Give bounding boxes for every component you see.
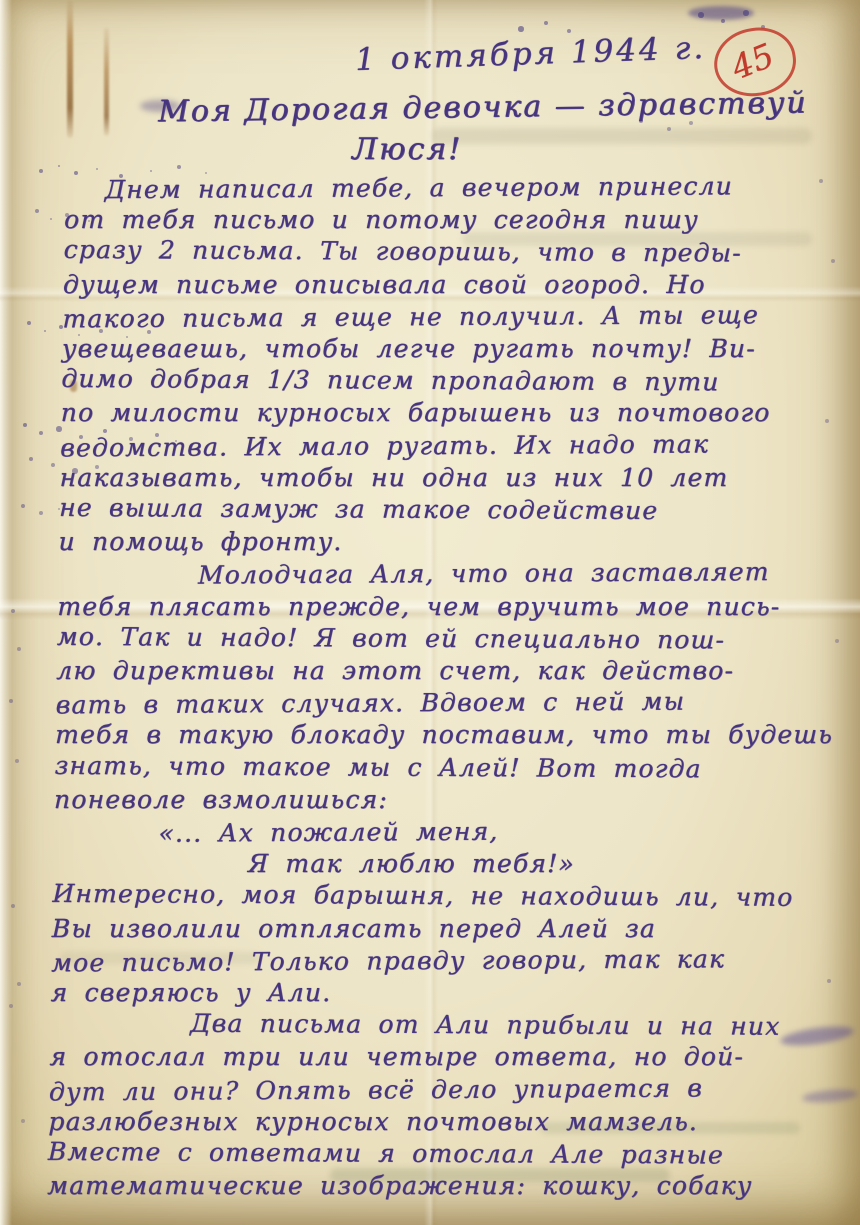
paper-edge: [0, 0, 12, 1225]
letter-line: увещеваешь, чтобы легче ругать почту! Ви…: [62, 333, 857, 365]
letter-line: Вы изволили отплясать перед Алей за: [52, 913, 847, 945]
letter-line: Днем написал тебе, а вечером принесли: [64, 170, 858, 207]
letter-body: Днем написал тебе, а вечером принеслиот …: [47, 172, 859, 1203]
letter-line: я сверяюсь у Али.: [50, 977, 845, 1009]
letter-line: тебя в такую блокаду поставим, что ты бу…: [55, 719, 850, 751]
letter-line: наказывать, чтобы ни одна из них 10 лет: [59, 462, 854, 494]
salutation-line: Моя Дорогая девочка — здравствуй: [158, 85, 808, 129]
letter-line: димо добрая 1/3 писем пропадают в пути: [61, 363, 856, 399]
letter-line: разлюбезных курносых почтовых мамзель.: [48, 1106, 843, 1138]
letter-line: лю директивы на этот счет, как действо-: [56, 655, 851, 687]
rust-stain: [104, 28, 109, 136]
letter-line: мо. Так и надо! Я вот ей специально пош-: [57, 621, 852, 657]
ghost-bleed-through: [432, 128, 812, 144]
ink-smudge: [688, 6, 754, 20]
letter-line: «... Ах пожалей меня,: [53, 814, 847, 851]
letter-line: дущем письме описывала свой огород. Но: [63, 269, 858, 301]
letter-line: мое письмо! Только правду говори, так ка…: [51, 942, 845, 979]
letter-line: не вышла замуж за такое содействие: [59, 492, 854, 528]
letter-date: 1 октября 1944 г.: [354, 30, 706, 78]
letter-line: вать в таких случаях. Вдвоем с ней мы: [56, 685, 850, 722]
letter-line: сразу 2 письма. Ты говоришь, что в преды…: [63, 234, 858, 270]
salutation-name: Люся!: [352, 132, 462, 167]
letter-line: знать, что такое мы с Алей! Вот тогда: [54, 750, 849, 786]
letter-line: я отослал три или четыре ответа, но дой-: [49, 1041, 844, 1073]
letter-line: от тебя письмо и потому сегодня пишу: [64, 204, 859, 236]
letter-line: математические изображения: кошку, собак…: [47, 1170, 842, 1202]
letter-line: и помощь фронту.: [58, 526, 853, 558]
letter-line: поневоле взмолишься:: [54, 784, 849, 816]
ink-speckles: [0, 0, 2, 2]
letter-line: тебя плясать прежде, чем вручить мое пис…: [57, 591, 852, 623]
letter-line: Я так люблю тебя!»: [53, 848, 848, 880]
letter-scan: 1 октября 1944 г. 45 Моя Дорогая девочка…: [0, 0, 860, 1225]
letter-line: дут ли они? Опять всё дело упирается в: [49, 1071, 843, 1108]
page-number: 45: [726, 35, 780, 87]
letter-line: такого письма я еще не получил. А ты еще: [62, 298, 856, 335]
letter-line: по милости курносых барышень из почтовог…: [60, 397, 855, 429]
letter-line: Молодчага Аля, что она заставляет: [58, 556, 852, 593]
letter-line: Интересно, моя барышня, не находишь ли, …: [52, 878, 847, 914]
letter-line: Два письма от Али прибыли и на них: [50, 1007, 845, 1043]
letter-line: Вместе с ответами я отослал Але разные: [48, 1136, 843, 1172]
letter-line: ведомства. Их мало ругать. Их надо так: [60, 427, 854, 464]
rust-stain: [67, 0, 73, 138]
